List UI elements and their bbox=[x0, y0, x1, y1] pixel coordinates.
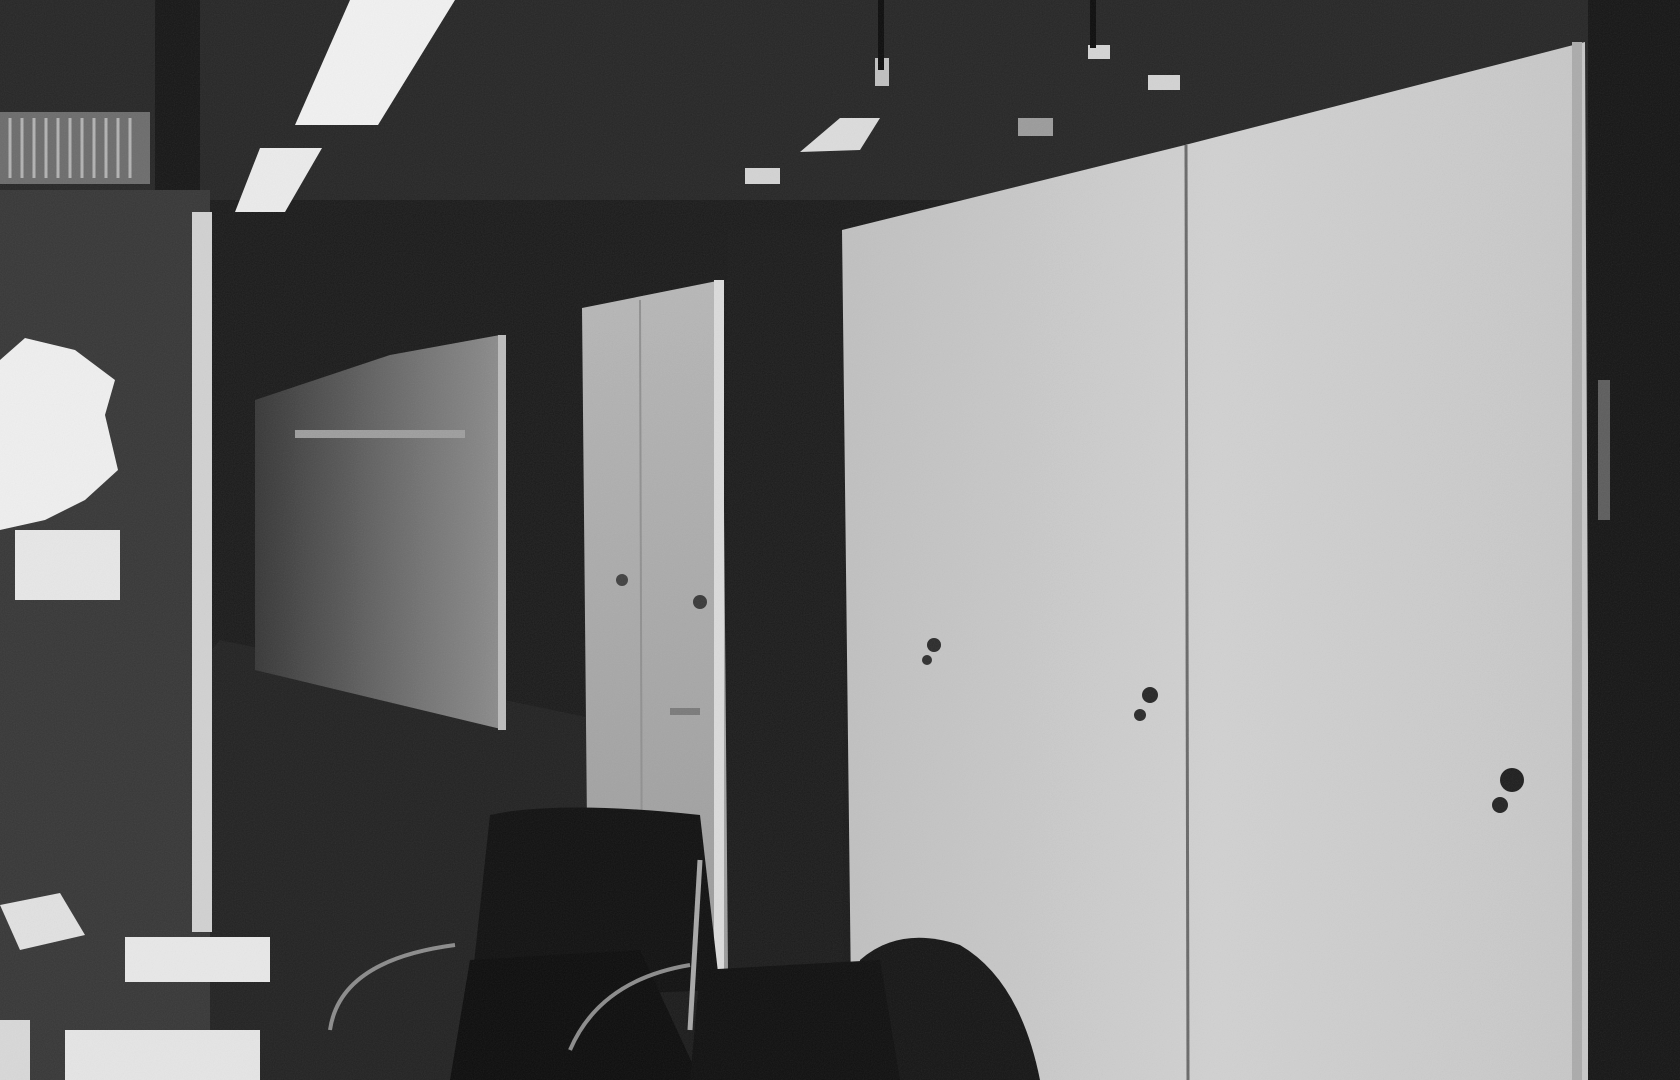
photo-scene: Grainy black-and-white photo of a dark o… bbox=[0, 0, 1680, 1080]
film-grain bbox=[0, 0, 1680, 1080]
photo-canvas bbox=[0, 0, 1680, 1080]
